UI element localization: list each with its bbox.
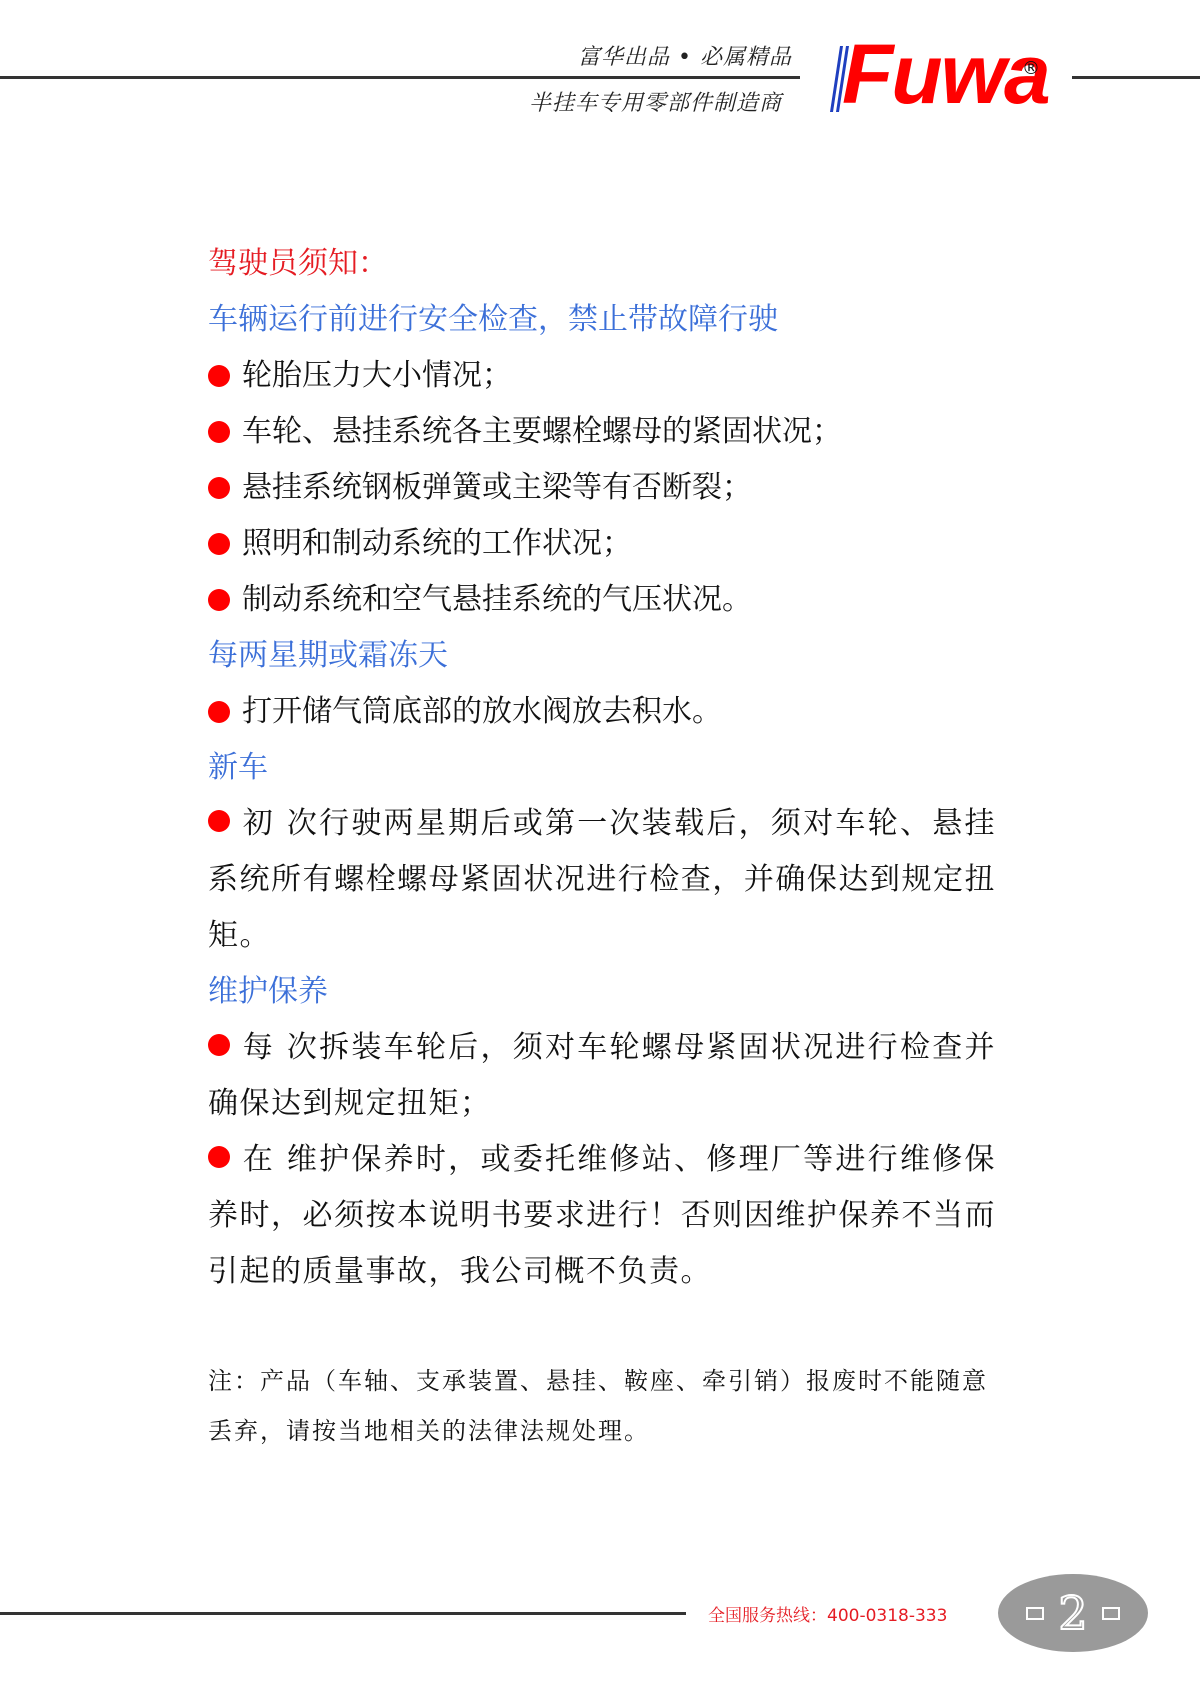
- list-item-text: 初 次行驶两星期后或第一次装载后，须对车轮、悬挂系统所有螺栓螺母紧固状况进行检查…: [208, 806, 996, 953]
- list-item-text: 在 维护保养时，或委托维修站、修理厂等进行维修保养时，必须按本说明书要求进行！否…: [208, 1142, 996, 1289]
- list-item: 制动系统和空气悬挂系统的气压状况。: [208, 572, 996, 628]
- service-hotline: 全国服务热线：400-0318-333: [708, 1601, 947, 1626]
- section-heading-maintenance: 维护保养: [208, 964, 996, 1020]
- page-number-badge: 2: [998, 1574, 1148, 1652]
- list-item: 在 维护保养时，或委托维修站、修理厂等进行维修保养时，必须按本说明书要求进行！否…: [208, 1132, 996, 1300]
- list-item-text: 打开储气筒底部的放水阀放去积水。: [242, 684, 722, 740]
- bullet-dot-icon: [208, 810, 230, 832]
- list-item: 每 次拆装车轮后，须对车轮螺母紧固状况进行检查并确保达到规定扭矩；: [208, 1020, 996, 1132]
- header-rule-left: [0, 76, 800, 79]
- list-item-text: 车轮、悬挂系统各主要螺栓螺母的紧固状况；: [242, 404, 842, 460]
- bullet-dot-icon: [208, 533, 230, 555]
- driver-notice: 驾驶员须知： 车辆运行前进行安全检查，禁止带故障行驶 轮胎压力大小情况； 车轮、…: [208, 236, 996, 1300]
- header-rule-right: [1072, 76, 1200, 79]
- header-slogan: 富华出品 • 必属精品: [578, 40, 792, 71]
- list-item-text: 每 次拆装车轮后，须对车轮螺母紧固状况进行检查并确保达到规定扭矩；: [208, 1030, 996, 1121]
- section-heading-pretrip: 车辆运行前进行安全检查，禁止带故障行驶: [208, 292, 996, 348]
- disposal-note: 注：产品（车轴、支承装置、悬挂、鞍座、牵引销）报废时不能随意丢弃，请按当地相关的…: [208, 1356, 996, 1456]
- list-item: 初 次行驶两星期后或第一次装载后，须对车轮、悬挂系统所有螺栓螺母紧固状况进行检查…: [208, 796, 996, 964]
- page-number: 2: [1058, 1590, 1087, 1636]
- header-tagline: 半挂车专用零部件制造商: [529, 86, 782, 117]
- bullet-dot-icon: [208, 421, 230, 443]
- logo-wordmark: Fuwa: [842, 32, 1049, 116]
- list-item: 轮胎压力大小情况；: [208, 348, 996, 404]
- bullet-dot-icon: [208, 701, 230, 723]
- fuwa-logo: Fuwa ®: [826, 42, 1056, 114]
- footer-rule: [0, 1612, 686, 1615]
- badge-right-square-icon: [1102, 1607, 1120, 1620]
- notice-title: 驾驶员须知：: [208, 236, 996, 292]
- badge-left-square-icon: [1026, 1607, 1044, 1620]
- list-item-text: 照明和制动系统的工作状况；: [242, 516, 632, 572]
- bullet-dot-icon: [208, 589, 230, 611]
- section-heading-biweekly: 每两星期或霜冻天: [208, 628, 996, 684]
- list-item: 车轮、悬挂系统各主要螺栓螺母的紧固状况；: [208, 404, 996, 460]
- bullet-dot-icon: [208, 365, 230, 387]
- registered-mark-icon: ®: [1022, 58, 1040, 79]
- list-item: 打开储气筒底部的放水阀放去积水。: [208, 684, 996, 740]
- bullet-dot-icon: [208, 1034, 230, 1056]
- list-item-text: 制动系统和空气悬挂系统的气压状况。: [242, 572, 752, 628]
- list-item: 悬挂系统钢板弹簧或主梁等有否断裂；: [208, 460, 996, 516]
- list-item-text: 轮胎压力大小情况；: [242, 348, 512, 404]
- bullet-dot-icon: [208, 477, 230, 499]
- section-heading-new-vehicle: 新车: [208, 740, 996, 796]
- list-item: 照明和制动系统的工作状况；: [208, 516, 996, 572]
- bullet-dot-icon: [208, 1146, 230, 1168]
- list-item-text: 悬挂系统钢板弹簧或主梁等有否断裂；: [242, 460, 752, 516]
